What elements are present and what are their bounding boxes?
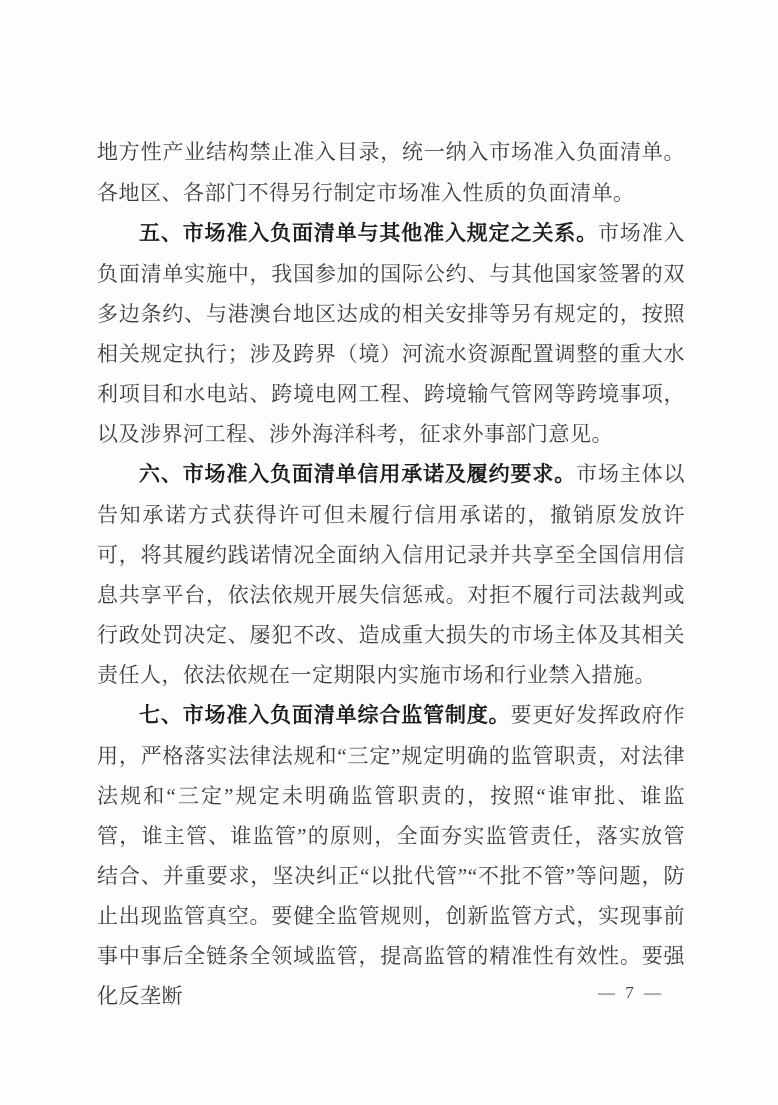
section-6-text: 市场主体以告知承诺方式获得许可但未履行信用承诺的，撤销原发放许可，将其履约践诺情…: [97, 462, 685, 687]
section-6-paragraph: 六、市场准入负面清单信用承诺及履约要求。市场主体以告知承诺方式获得许可但未履行信…: [97, 454, 685, 695]
document-page: 地方性产业结构禁止准入目录，统一纳入市场准入负面清单。各地区、各部门不得另行制定…: [0, 0, 778, 1105]
paragraph-continuation: 地方性产业结构禁止准入目录，统一纳入市场准入负面清单。各地区、各部门不得另行制定…: [97, 132, 685, 213]
section-6-heading: 六、市场准入负面清单信用承诺及履约要求。: [139, 463, 576, 486]
section-5-text: 市场准入负面清单实施中，我国参加的国际公约、与其他国家签署的双多边条约、与港澳台…: [97, 221, 685, 446]
paragraph-0-text: 地方性产业结构禁止准入目录，统一纳入市场准入负面清单。各地区、各部门不得另行制定…: [97, 140, 685, 205]
section-7-text: 要更好发挥政府作用，严格落实法律法规和“三定”规定明确的监管职责，对法律法规和“…: [97, 703, 685, 1008]
section-5-heading: 五、市场准入负面清单与其他准入规定之关系。: [139, 222, 598, 245]
document-body: 地方性产业结构禁止准入目录，统一纳入市场准入负面清单。各地区、各部门不得另行制定…: [97, 132, 685, 1016]
section-7-heading: 七、市场准入负面清单综合监管制度。: [139, 704, 511, 727]
section-5-paragraph: 五、市场准入负面清单与其他准入规定之关系。市场准入负面清单实施中，我国参加的国际…: [97, 213, 685, 454]
section-7-paragraph: 七、市场准入负面清单综合监管制度。要更好发挥政府作用，严格落实法律法规和“三定”…: [97, 695, 685, 1016]
page-number: — 7 —: [598, 982, 664, 1004]
